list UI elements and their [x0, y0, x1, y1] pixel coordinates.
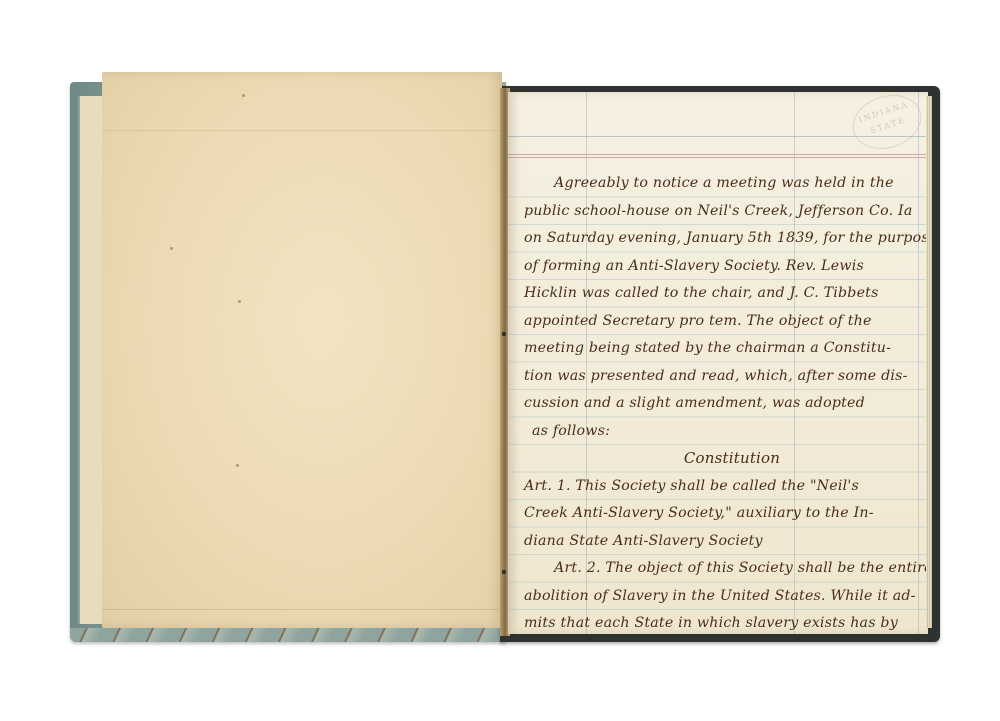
article-2-line: Art. 2. The object of this Society shall… [524, 555, 920, 583]
header-rule-red [508, 157, 928, 158]
text-line: cussion and a slight amendment, was adop… [524, 390, 920, 418]
text-line: diana State Anti-Slavery Society [524, 528, 920, 556]
text-line: mits that each State in which slavery ex… [524, 610, 920, 634]
text-line: as follows: [524, 418, 920, 446]
text-line: Creek Anti-Slavery Society," auxiliary t… [524, 500, 920, 528]
open-notebook: INDIANA STATE Agreeably to notice a meet… [0, 0, 1000, 721]
foxing-spot [236, 464, 239, 467]
foxing-spot [238, 300, 241, 303]
right-page-handwritten: INDIANA STATE Agreeably to notice a meet… [508, 92, 928, 634]
binding-stitch [502, 332, 506, 336]
page-fold-line [102, 130, 502, 131]
text-line: appointed Secretary pro tem. The object … [524, 308, 920, 336]
text-line: public school-house on Neil's Creek, Jef… [524, 198, 920, 226]
text-line: tion was presented and read, which, afte… [524, 363, 920, 391]
text-line: of forming an Anti-Slavery Society. Rev.… [524, 253, 920, 281]
foxing-spot [242, 94, 245, 97]
section-heading-constitution: Constitution [524, 445, 920, 473]
text-line: Agreeably to notice a meeting was held i… [524, 170, 920, 198]
text-line: Hicklin was called to the chair, and J. … [524, 280, 920, 308]
left-page-blank [102, 72, 502, 628]
text-line: on Saturday evening, January 5th 1839, f… [524, 225, 920, 253]
text-line: meeting being stated by the chairman a C… [524, 335, 920, 363]
text-line: abolition of Slavery in the United State… [524, 583, 920, 611]
handwritten-minutes: Agreeably to notice a meeting was held i… [524, 170, 920, 634]
binding-stitch [502, 570, 506, 574]
foxing-spot [170, 247, 173, 250]
article-1-line: Art. 1. This Society shall be called the… [524, 473, 920, 501]
page-edges [926, 96, 932, 628]
page-bottom-fold [102, 609, 502, 610]
header-rule-red [508, 154, 928, 155]
embossed-library-stamp: INDIANA STATE [846, 92, 928, 158]
